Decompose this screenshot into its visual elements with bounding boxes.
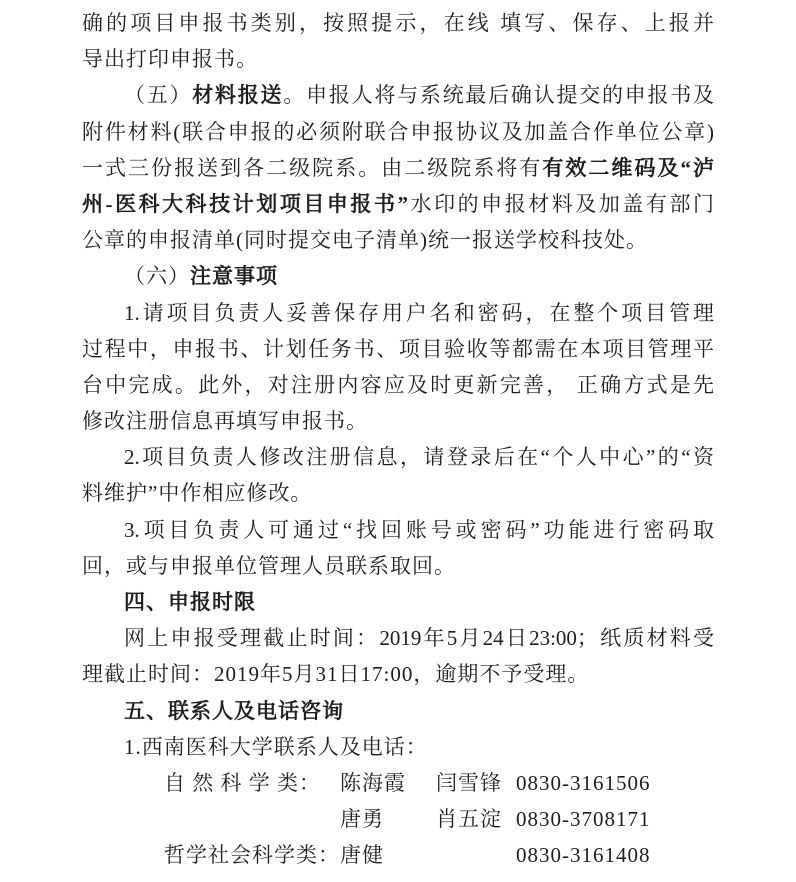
text-line: 料维护”中作相应修改。	[82, 475, 714, 511]
text-segment-bold: 材料报送	[192, 83, 283, 107]
text-segment: 回，或与申报单位管理人员联系取回。	[82, 554, 456, 578]
text-line: 附件材料(联合申报的必须附联合申报协议及加盖合作单位公章)	[82, 114, 714, 150]
text-line: 台中完成。此外，对注册内容应及时更新完善， 正确方式是先	[82, 367, 714, 403]
contact-name: 闫雪锋	[436, 765, 516, 801]
text-line: 公章的申报清单(同时提交电子清单)统一报送学校科技处。	[82, 222, 714, 258]
text-line: 五、联系人及电话咨询	[82, 693, 714, 729]
text-segment: 理截止时间：2019年5月31日17:00，逾期不予受理。	[82, 662, 589, 686]
text-segment: 导出打印申报书。	[82, 47, 258, 71]
text-segment: （五）	[124, 83, 192, 107]
contact-category	[164, 801, 340, 837]
text-line: 确的项目申报书类别，按照提示，在线 填写、保存、上报并	[82, 5, 714, 41]
page: { "page": { "width": 796, "height": 882,…	[0, 0, 796, 882]
text-segment: 网上申报受理截止时间：2019年5月24日23:00；纸质材料受	[124, 626, 714, 650]
text-line: 一式三份报送到各二级院系。由二级院系将有有效二维码及“泸	[82, 150, 714, 186]
contact-name	[436, 837, 516, 873]
text-segment: 2.项目负责人修改注册信息，请登录后在“个人中心”的“资	[124, 445, 714, 469]
text-segment-bold: 有效二维码及“泸	[542, 156, 714, 180]
text-segment-bold: 四、申报时限	[124, 590, 256, 614]
contact-category: 自 然 科 学 类：	[164, 765, 340, 801]
text-segment-bold: 五、联系人及电话咨询	[124, 699, 344, 723]
text-line: 1.请项目负责人妥善保存用户名和密码，在整个项目管理	[82, 295, 714, 331]
text-segment: 。申报人将与系统最后确认提交的申报书及	[283, 83, 714, 107]
text-segment: 水印的申报材料及加盖有部门	[408, 192, 714, 216]
text-line: 过程中，申报书、计划任务书、项目验收等都需在本项目管理平	[82, 331, 714, 367]
text-line: 理截止时间：2019年5月31日17:00，逾期不予受理。	[82, 656, 714, 692]
text-line: （六）注意事项	[82, 258, 714, 294]
text-segment: 过程中，申报书、计划任务书、项目验收等都需在本项目管理平	[82, 337, 714, 361]
text-line: 四、申报时限	[82, 584, 714, 620]
contact-phone: 0830-3708171	[516, 801, 651, 837]
text-segment: 料维护”中作相应修改。	[82, 481, 312, 505]
text-line: 导出打印申报书。	[82, 41, 714, 77]
contact-name: 肖五淀	[436, 801, 516, 837]
text-segment-bold: 注意事项	[190, 264, 278, 288]
text-line: 回，或与申报单位管理人员联系取回。	[82, 548, 714, 584]
contact-row: 唐勇肖五淀0830-3708171	[82, 801, 714, 837]
contact-phone: 0830-3161408	[516, 837, 651, 873]
contact-phone: 0830-3161506	[516, 765, 651, 801]
text-segment: 1.西南医科大学联系人及电话：	[124, 735, 428, 759]
text-segment: 确的项目申报书类别，按照提示，在线 填写、保存、上报并	[82, 11, 714, 35]
contact-row: 哲学社会科学类：唐健0830-3161408	[82, 837, 714, 873]
text-line: 1.西南医科大学联系人及电话：	[82, 729, 714, 765]
text-segment: （六）	[124, 264, 190, 288]
text-line: 州-医科大科技计划项目申报书”水印的申报材料及加盖有部门	[82, 186, 714, 222]
contact-row: 自 然 科 学 类：陈海霞闫雪锋0830-3161506	[82, 765, 714, 801]
text-segment: 一式三份报送到各二级院系。由二级院系将有	[82, 156, 542, 180]
text-segment: 修改注册信息再填写申报书。	[82, 409, 368, 433]
text-segment: 3.项目负责人可通过“找回账号或密码”功能进行密码取	[124, 518, 714, 542]
text-segment: 台中完成。此外，对注册内容应及时更新完善， 正确方式是先	[82, 373, 714, 397]
contact-category: 哲学社会科学类：	[164, 837, 340, 873]
text-line: 网上申报受理截止时间：2019年5月24日23:00；纸质材料受	[82, 620, 714, 656]
text-segment-bold: 州-医科大科技计划项目申报书”	[82, 192, 408, 216]
text-segment: 公章的申报清单(同时提交电子清单)统一报送学校科技处。	[82, 228, 648, 252]
text-line: 3.项目负责人可通过“找回账号或密码”功能进行密码取	[82, 512, 714, 548]
text-segment: 附件材料(联合申报的必须附联合申报协议及加盖合作单位公章)	[82, 120, 714, 144]
text-segment: 1.请项目负责人妥善保存用户名和密码，在整个项目管理	[124, 301, 714, 325]
text-line: （五）材料报送。申报人将与系统最后确认提交的申报书及	[82, 77, 714, 113]
text-line: 修改注册信息再填写申报书。	[82, 403, 714, 439]
document-body: 确的项目申报书类别，按照提示，在线 填写、保存、上报并导出打印申报书。（五）材料…	[82, 5, 714, 874]
contact-name: 陈海霞	[340, 765, 436, 801]
contact-name: 唐健	[340, 837, 436, 873]
contact-name: 唐勇	[340, 801, 436, 837]
text-line: 2.项目负责人修改注册信息，请登录后在“个人中心”的“资	[82, 439, 714, 475]
